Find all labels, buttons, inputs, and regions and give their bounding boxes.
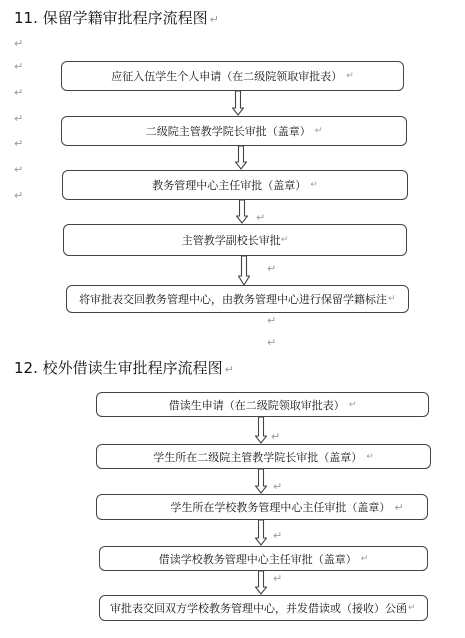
down-arrow-icon (255, 520, 267, 546)
section-2-title: 12. 校外借读生审批程序流程图↵ (14, 359, 234, 377)
paragraph-mark-icon: ↵ (267, 315, 276, 326)
flow2-step-5-text: 审批表交回双方学校教务管理中心，并发借读或（接收）公函 (110, 600, 407, 616)
paragraph-mark-icon: ↵ (315, 126, 323, 136)
section-2-title-text: 12. 校外借读生审批程序流程图 (14, 359, 223, 377)
flow1-step-5-text: 将审批表交回教务管理中心，由教务管理中心进行保留学籍标注 (79, 291, 387, 307)
paragraph-mark-icon: ↵ (14, 87, 23, 98)
paragraph-mark-icon: ↵ (14, 61, 23, 72)
paragraph-mark-icon: ↵ (14, 164, 23, 175)
flow1-step-1-text: 应征入伍学生个人申请（在二级院领取审批表） (111, 68, 342, 84)
paragraph-mark-icon: ↵ (271, 431, 280, 442)
down-arrow-icon (232, 91, 244, 116)
flow1-step-1: 应征入伍学生个人申请（在二级院领取审批表）↵ (61, 61, 404, 91)
paragraph-mark-icon: ↵ (14, 138, 23, 149)
paragraph-mark-icon: ↵ (310, 180, 318, 190)
flow1-step-2: 二级院主管教学院长审批（盖章）↵ (61, 116, 407, 146)
paragraph-mark-icon: ↵ (408, 603, 416, 613)
flow2-step-2-text: 学生所在二级院主管教学院长审批（盖章） (153, 449, 362, 465)
paragraph-mark-icon: ↵ (14, 190, 23, 201)
paragraph-mark-icon: ↵ (267, 337, 276, 348)
flow2-step-1-text: 借读生申请（在二级院领取审批表） (169, 397, 345, 413)
section-1-title-text: 11. 保留学籍审批程序流程图 (14, 9, 208, 27)
paragraph-mark-icon: ↵ (349, 400, 357, 410)
paragraph-mark-icon: ↵ (273, 573, 282, 584)
flow1-step-3-text: 教务管理中心主任审批（盖章） (152, 177, 306, 193)
paragraph-mark-icon: ↵ (388, 294, 396, 304)
paragraph-mark-icon: ↵ (281, 235, 289, 245)
flow2-step-2: 学生所在二级院主管教学院长审批（盖章）↵ (96, 444, 431, 469)
paragraph-mark-icon: ↵ (346, 71, 354, 81)
flow2-step-1: 借读生申请（在二级院领取审批表）↵ (96, 392, 429, 417)
paragraph-mark-icon: ↵ (256, 212, 265, 223)
paragraph-mark-icon: ↵ (366, 452, 374, 462)
paragraph-mark-icon: ↵ (394, 501, 403, 514)
flow2-step-4: 借读学校教务管理中心主任审批（盖章）↵ (99, 546, 428, 571)
paragraph-mark-icon: ↵ (210, 13, 219, 26)
paragraph-mark-icon: ↵ (273, 530, 282, 541)
paragraph-mark-icon: ↵ (361, 554, 369, 564)
flow1-step-2-text: 二级院主管教学院长审批（盖章） (146, 123, 311, 139)
down-arrow-icon (236, 200, 248, 224)
flow2-step-3: 学生所在学校教务管理中心主任审批（盖章）↵ (96, 494, 428, 520)
down-arrow-icon (255, 469, 267, 494)
flow2-step-5: 审批表交回双方学校教务管理中心，并发借读或（接收）公函↵ (99, 595, 428, 621)
paragraph-mark-icon: ↵ (225, 363, 234, 376)
flow1-step-3: 教务管理中心主任审批（盖章）↵ (62, 170, 408, 200)
paragraph-mark-icon: ↵ (14, 113, 23, 124)
flow1-step-4: 主管教学副校长审批↵ (63, 224, 407, 256)
down-arrow-icon (255, 571, 267, 595)
flow1-step-4-text: 主管教学副校长审批 (182, 232, 281, 248)
down-arrow-icon (255, 417, 267, 444)
section-1-title: 11. 保留学籍审批程序流程图↵ (14, 9, 219, 27)
flow2-step-3-text: 学生所在学校教务管理中心主任审批（盖章） (170, 499, 390, 515)
down-arrow-icon (235, 146, 247, 170)
flow2-step-4-text: 借读学校教务管理中心主任审批（盖章） (159, 551, 357, 567)
down-arrow-icon (238, 256, 250, 286)
paragraph-mark-icon: ↵ (267, 263, 276, 274)
paragraph-mark-icon: ↵ (273, 481, 282, 492)
flow1-step-5: 将审批表交回教务管理中心，由教务管理中心进行保留学籍标注↵ (66, 285, 409, 313)
paragraph-mark-icon: ↵ (14, 38, 23, 49)
